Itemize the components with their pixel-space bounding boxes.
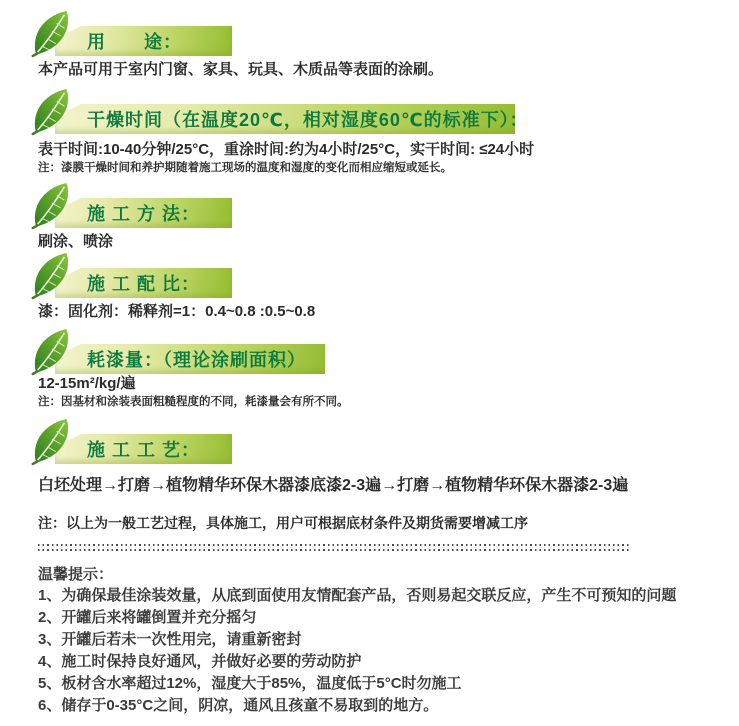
section-application-method: 施 工 方 法： 刷涂、喷涂 — [0, 182, 739, 252]
application-process-text: 白坯处理→打磨→植物精华环保木器漆底漆2-3遍→打磨→植物精华环保木器漆2-3遍 — [38, 476, 739, 496]
leaf-icon — [28, 250, 74, 300]
section-usage: 用 途： 本产品可用于室内门窗、家具、玩具、木质品等表面的涂刷。 — [0, 10, 739, 80]
paint-consumption-note: 注：因基材和涂装表面粗糙程度的不同，耗漆量会有所不同。 — [38, 395, 739, 410]
leaf-icon — [28, 180, 74, 230]
section-application-process: 施 工 工 艺： 白坯处理→打磨→植物精华环保木器漆底漆2-3遍→打磨→植物精华… — [0, 418, 739, 496]
section-usage-header: 用 途： — [0, 10, 739, 56]
section-paint-consumption: 耗漆量：（理论涂刷面积） 12-15m²/kg/遍 注：因基材和涂装表面粗糙程度… — [0, 328, 739, 410]
leaf-icon — [28, 326, 74, 376]
tip-item: 4、施工时保持良好通风，并做好必要的劳动防护 — [38, 651, 739, 673]
warm-tips: 温馨提示： 1、为确保最佳涂装效量，从底到面使用友情配套产品，否则易起交联反应，… — [38, 565, 739, 717]
drying-time-text: 表干时间:10-40分钟/25°C，重涂时间:约为4小时/25°C，实干时间: … — [38, 140, 739, 160]
drying-time-note: 注：漆膜干燥时间和养护期随着施工现场的温度和湿度的变化而相应缩短或延长。 — [38, 161, 739, 176]
section-paint-consumption-header: 耗漆量：（理论涂刷面积） — [0, 328, 739, 374]
mixing-ratio-text: 漆：固化剂：稀释剂=1：0.4~0.8 :0.5~0.8 — [38, 302, 739, 322]
section-title: 用 途： — [87, 28, 182, 54]
section-title: 施 工 配 比： — [87, 270, 200, 296]
section-title-bar: 施 工 方 法： — [55, 198, 232, 228]
section-title: 施 工 方 法： — [87, 200, 200, 226]
section-title: 施 工 工 艺： — [87, 436, 200, 462]
tip-item: 2、开罐后来将罐倒置并充分摇匀 — [38, 607, 739, 629]
tip-item: 5、板材含水率超过12%，湿度大于85%，温度低于5°C时勿施工 — [38, 673, 739, 695]
section-title: 耗漆量：（理论涂刷面积） — [87, 346, 306, 372]
section-title-bar: 干燥时间（在温度20℃，相对湿度60℃的标准下）： — [55, 104, 515, 134]
paint-consumption-text: 12-15m²/kg/遍 — [38, 374, 739, 394]
section-mixing-ratio-header: 施 工 配 比： — [0, 252, 739, 298]
section-application-process-header: 施 工 工 艺： — [0, 418, 739, 464]
section-application-method-header: 施 工 方 法： — [0, 182, 739, 228]
product-info-page: 用 途： 本产品可用于室内门窗、家具、玩具、木质品等表面的涂刷。 干燥时间（在温… — [0, 0, 739, 726]
tip-item: 6、储存于0-35°C之间，阴凉，通风且孩童不易取到的地方。 — [38, 695, 739, 717]
section-title-bar: 施 工 配 比： — [55, 268, 232, 298]
section-title-bar: 用 途： — [55, 26, 232, 56]
tip-item: 3、开罐后若未一次性用完，请重新密封 — [38, 629, 739, 651]
section-mixing-ratio: 施 工 配 比： 漆：固化剂：稀释剂=1：0.4~0.8 :0.5~0.8 — [0, 252, 739, 322]
section-title-bar: 施 工 工 艺： — [55, 434, 232, 464]
section-title-bar: 耗漆量：（理论涂刷面积） — [55, 344, 325, 374]
section-title: 干燥时间（在温度20℃，相对湿度60℃的标准下）： — [87, 106, 529, 132]
section-drying-time: 干燥时间（在温度20℃，相对湿度60℃的标准下）： 表干时间:10-40分钟/2… — [0, 88, 739, 176]
usage-text: 本产品可用于室内门窗、家具、玩具、木质品等表面的涂刷。 — [38, 60, 739, 80]
leaf-icon — [28, 416, 74, 466]
tip-item: 1、为确保最佳涂装效量，从底到面使用友情配套产品，否则易起交联反应，产生不可预知… — [38, 585, 739, 607]
leaf-icon — [28, 8, 74, 58]
dotted-divider — [38, 549, 630, 551]
leaf-icon — [28, 86, 74, 136]
general-process-note: 注：以上为一般工艺过程，具体施工，用户可根据底材条件及期货需要增减工序 — [38, 514, 739, 532]
dotted-divider — [38, 544, 630, 546]
warm-tips-heading: 温馨提示： — [38, 565, 739, 585]
section-drying-time-header: 干燥时间（在温度20℃，相对湿度60℃的标准下）： — [0, 88, 739, 134]
application-method-text: 刷涂、喷涂 — [38, 232, 739, 252]
